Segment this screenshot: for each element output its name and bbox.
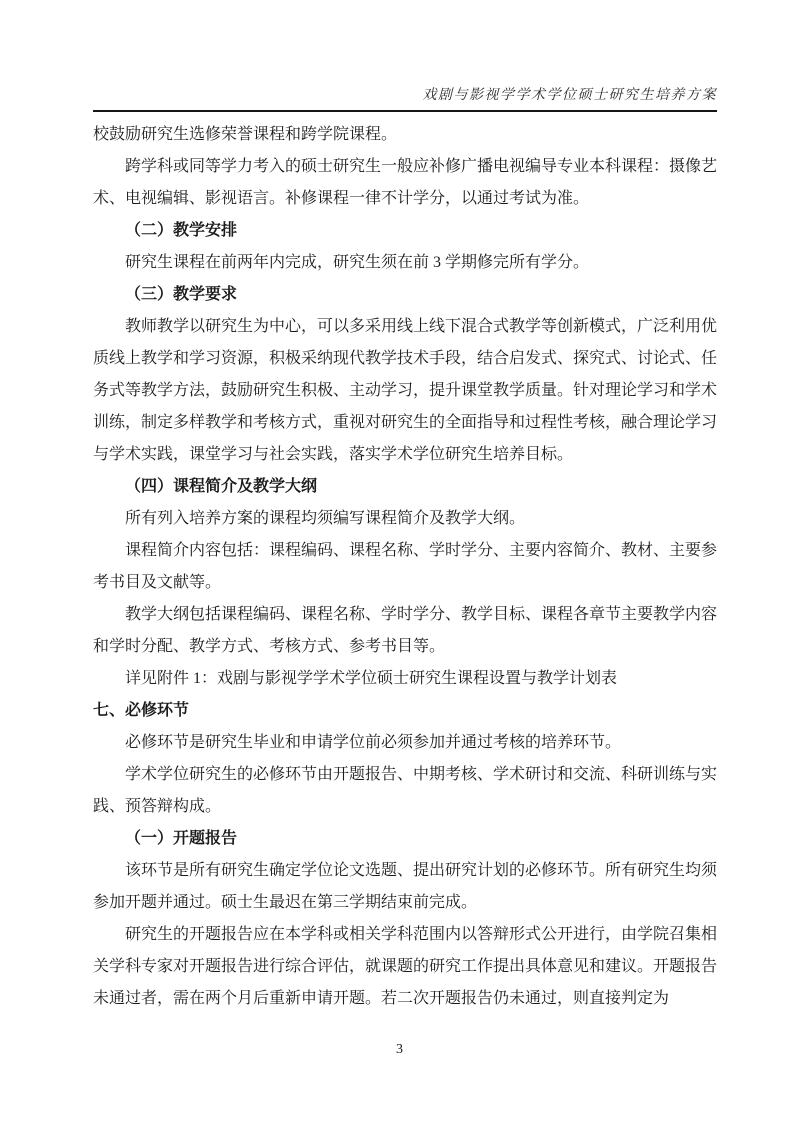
paragraph: 课程简介内容包括：课程编码、课程名称、学时学分、主要内容简介、教材、主要参考书目… — [93, 535, 717, 599]
paragraph: 跨学科或同等学力考入的硕士研究生一般应补修广播电视编导专业本科课程：摄像艺术、电… — [93, 151, 717, 215]
subsection-heading: （一）开题报告 — [93, 823, 717, 855]
paragraph: 所有列入培养方案的课程均须编写课程简介及教学大纲。 — [93, 503, 717, 535]
paragraph: 该环节是所有研究生确定学位论文选题、提出研究计划的必修环节。所有研究生均须参加开… — [93, 855, 717, 919]
paragraph: 研究生的开题报告应在本学科或相关学科范围内以答辩形式公开进行，由学院召集相关学科… — [93, 919, 717, 1015]
subsection-heading: （四）课程简介及教学大纲 — [93, 471, 717, 503]
page-header: 戏剧与影视学学术学位硕士研究生培养方案 — [93, 84, 717, 112]
paragraph: 教学大纲包括课程编码、课程名称、学时学分、教学目标、课程各章节主要教学内容和学时… — [93, 599, 717, 663]
paragraph: 研究生课程在前两年内完成，研究生须在前 3 学期修完所有学分。 — [93, 247, 717, 279]
subsection-heading: （二）教学安排 — [93, 215, 717, 247]
document-page: 戏剧与影视学学术学位硕士研究生培养方案 校鼓励研究生选修荣誉课程和跨学院课程。 … — [0, 0, 799, 1131]
paragraph: 校鼓励研究生选修荣誉课程和跨学院课程。 — [93, 119, 717, 151]
chapter-heading: 七、必修环节 — [93, 695, 717, 727]
paragraph: 教师教学以研究生为中心，可以多采用线上线下混合式教学等创新模式，广泛利用优质线上… — [93, 311, 717, 471]
paragraph: 学术学位研究生的必修环节由开题报告、中期考核、学术研讨和交流、科研训练与实践、预… — [93, 759, 717, 823]
running-title: 戏剧与影视学学术学位硕士研究生培养方案 — [423, 88, 718, 103]
document-body: 校鼓励研究生选修荣誉课程和跨学院课程。 跨学科或同等学力考入的硕士研究生一般应补… — [93, 119, 717, 1015]
page-number: 3 — [0, 1040, 799, 1060]
paragraph: 详见附件 1：戏剧与影视学学术学位硕士研究生课程设置与教学计划表 — [93, 663, 717, 695]
paragraph: 必修环节是研究生毕业和申请学位前必须参加并通过考核的培养环节。 — [93, 727, 717, 759]
subsection-heading: （三）教学要求 — [93, 279, 717, 311]
